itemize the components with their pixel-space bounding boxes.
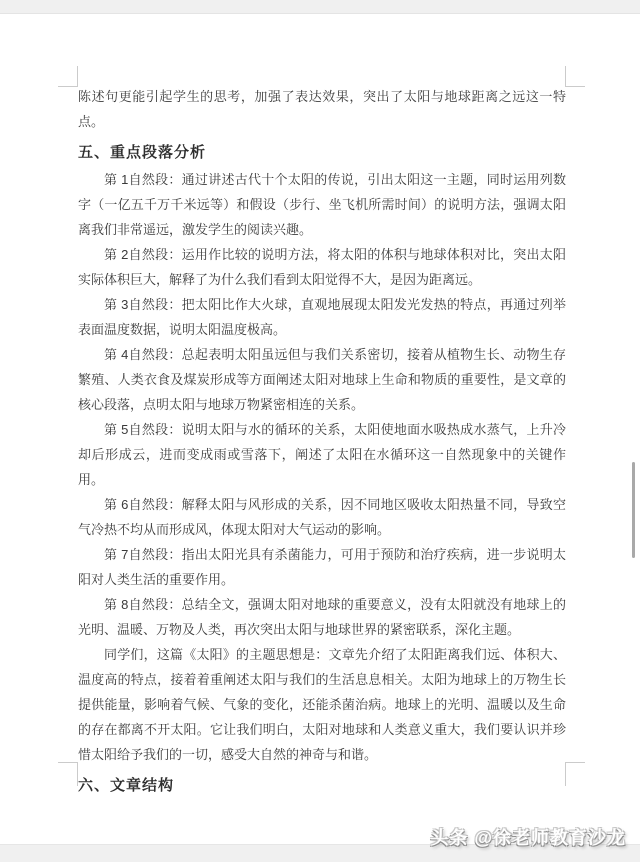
paragraph-analysis-8: 第 8自然段：总结全文，强调太阳对地球的重要意义，没有太阳就没有地球上的光明、温…: [78, 592, 566, 642]
text-boundary-mark-top-left: [58, 66, 78, 87]
document-text-area: 陈述句更能引起学生的思考，加强了表达效果，突出了太阳与地球距离之远这一特点。 五…: [78, 84, 566, 800]
paragraph-analysis-2: 第 2自然段：运用作比较的说明方法，将太阳的体积与地球体积对比，突出太阳实际体积…: [78, 242, 566, 292]
toutiao-author-watermark: 头条 @徐老师教育沙龙: [430, 824, 626, 850]
paragraph-analysis-3: 第 3自然段：把太阳比作大火球，直观地展现太阳发光发热的特点，再通过列举表面温度…: [78, 292, 566, 342]
paragraph-analysis-7: 第 7自然段：指出太阳光具有杀菌能力，可用于预防和治疗疾病，进一步说明太阳对人类…: [78, 542, 566, 592]
text-boundary-mark-top-right: [565, 66, 585, 87]
text-boundary-mark-bottom-left: [58, 762, 78, 786]
paragraph-theme-summary: 同学们，这篇《太阳》的主题思想是：文章先介绍了太阳距离我们远、体积大、温度高的特…: [78, 642, 566, 767]
paragraph-analysis-6: 第 6自然段：解释太阳与风形成的关系，因不同地区吸收太阳热量不同，导致空气冷热不…: [78, 492, 566, 542]
page-top-margin-band: [0, 0, 640, 14]
scrollbar-thumb[interactable]: [632, 462, 635, 558]
paragraph-analysis-1: 第 1自然段：通过讲述古代十个太阳的传说，引出太阳这一主题，同时运用列数字（一亿…: [78, 167, 566, 242]
intro-continuation-line: 陈述句更能引起学生的思考，加强了表达效果，突出了太阳与地球距离之远这一特点。: [78, 84, 566, 134]
paragraph-analysis-5: 第 5自然段：说明太阳与水的循环的关系，太阳使地面水吸热成水蒸气，上升冷却后形成…: [78, 417, 566, 492]
text-boundary-mark-bottom-right: [565, 762, 585, 786]
section-heading-key-paragraph-analysis: 五、重点段落分析: [78, 140, 566, 165]
paragraph-analysis-4: 第 4自然段：总起表明太阳虽远但与我们关系密切，接着从植物生长、动物生存繁殖、人…: [78, 342, 566, 417]
section-heading-article-structure: 六、文章结构: [78, 773, 566, 798]
